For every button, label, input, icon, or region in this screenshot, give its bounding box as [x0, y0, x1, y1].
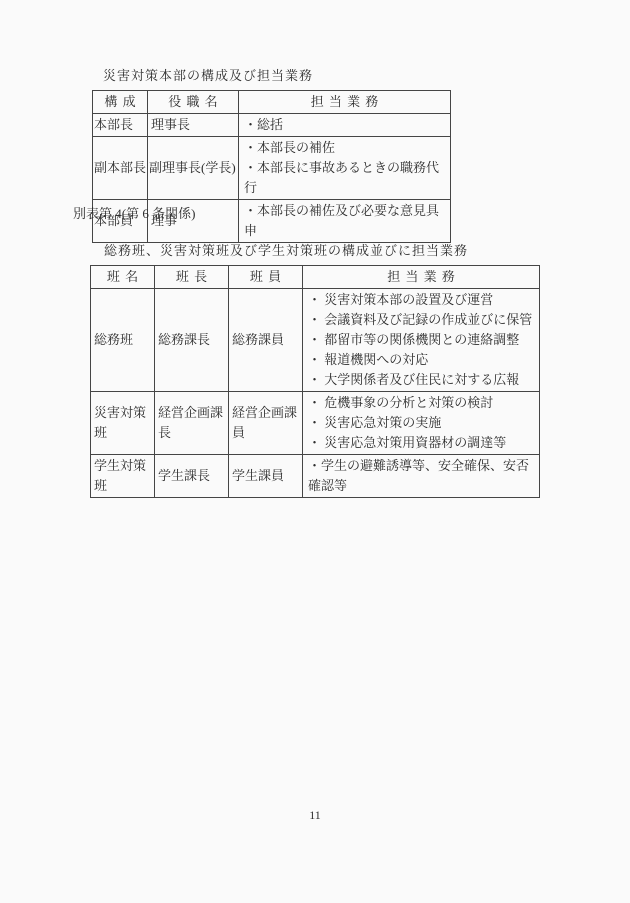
duty-line: ・本部長の補佐 [244, 138, 448, 158]
duty-line: ・ 都留市等の関係機関との連絡調整 [308, 330, 537, 350]
table1-cell-kousei: 本部長 [93, 114, 148, 137]
duty-line: ・ 危機事象の分析と対策の検討 [308, 393, 537, 413]
table2-cell-duties: ・ 災害対策本部の設置及び運営 ・ 会議資料及び記録の作成並びに保管 ・ 都留市… [303, 289, 540, 392]
table2-cell-leader: 総務課長 [155, 289, 229, 392]
duty-line: ・ 報道機関への対応 [308, 350, 537, 370]
table2-cell-member: 学生課員 [229, 455, 303, 498]
table2-header-member: 班員 [229, 266, 303, 289]
duty-line: ・ 災害対策本部の設置及び運営 [308, 290, 537, 310]
table1-header-duties: 担当業務 [239, 91, 451, 114]
table2-header-row: 班名 班長 班員 担当業務 [91, 266, 540, 289]
table2-row-gakusei-taisaku: 学生対策班 学生課長 学生課員 ・学生の避難誘導等、安全確保、安否確認等 [91, 455, 540, 498]
duty-line: ・ 大学関係者及び住民に対する広報 [308, 370, 537, 390]
table1-header-yakushoku: 役職名 [148, 91, 239, 114]
squads-table: 班名 班長 班員 担当業務 総務班 総務課長 総務課員 ・ 災害対策本部の設置及… [90, 265, 540, 498]
duty-line: ・ 災害応急対策用資器材の調達等 [308, 433, 537, 453]
table2-cell-leader: 学生課長 [155, 455, 229, 498]
page-number: 11 [0, 808, 630, 823]
table2-header-duties: 担当業務 [303, 266, 540, 289]
table2-header-name: 班名 [91, 266, 155, 289]
table2-header-leader: 班長 [155, 266, 229, 289]
table1-cell-yakushoku: 副理事長(学長) [148, 137, 239, 200]
duty-line: ・ 会議資料及び記録の作成並びに保管 [308, 310, 537, 330]
table1-cell-kousei: 副本部長 [93, 137, 148, 200]
table2-cell-leader: 経営企画課長 [155, 392, 229, 455]
table2-cell-duties: ・学生の避難誘導等、安全確保、安否確認等 [303, 455, 540, 498]
table2-cell-name: 総務班 [91, 289, 155, 392]
table1-cell-yakushoku: 理事長 [148, 114, 239, 137]
table2-row-saigai-taisaku: 災害対策班 経営企画課長 経営企画課員 ・ 危機事象の分析と対策の検討 ・ 災害… [91, 392, 540, 455]
table2-cell-name: 災害対策班 [91, 392, 155, 455]
table1-row-fukuhonbucho: 副本部長 副理事長(学長) ・本部長の補佐 ・本部長に事故あるときの職務代行 [93, 137, 451, 200]
table1-header-kousei: 構成 [93, 91, 148, 114]
table2-row-soumu: 総務班 総務課長 総務課員 ・ 災害対策本部の設置及び運営 ・ 会議資料及び記録… [91, 289, 540, 392]
table1-cell-duties: ・総括 [239, 114, 451, 137]
duty-line: ・総括 [244, 115, 448, 135]
duty-line: ・ 災害応急対策の実施 [308, 413, 537, 433]
table1-header-row: 構成 役職名 担当業務 [93, 91, 451, 114]
table1-title: 災害対策本部の構成及び担当業務 [103, 68, 313, 84]
table1-cell-duties: ・本部長の補佐 ・本部長に事故あるときの職務代行 [239, 137, 451, 200]
duty-line: ・本部長の補佐及び必要な意見具申 [244, 201, 448, 241]
duty-line: ・本部長に事故あるときの職務代行 [244, 158, 448, 198]
appendix-section-label: 別表第 4(第 6 条関係) [73, 206, 195, 222]
table2-cell-name: 学生対策班 [91, 455, 155, 498]
table2-cell-member: 総務課員 [229, 289, 303, 392]
table1-row-honbucho: 本部長 理事長 ・総括 [93, 114, 451, 137]
table2-cell-member: 経営企画課員 [229, 392, 303, 455]
table2-cell-duties: ・ 危機事象の分析と対策の検討 ・ 災害応急対策の実施 ・ 災害応急対策用資器材… [303, 392, 540, 455]
table1-cell-duties: ・本部長の補佐及び必要な意見具申 [239, 200, 451, 243]
document-page: { "page": { "number": "11" }, "section_l… [0, 0, 630, 903]
duty-line: ・学生の避難誘導等、安全確保、安否確認等 [308, 456, 537, 496]
table2-title: 総務班、災害対策班及び学生対策班の構成並びに担当業務 [104, 243, 468, 259]
